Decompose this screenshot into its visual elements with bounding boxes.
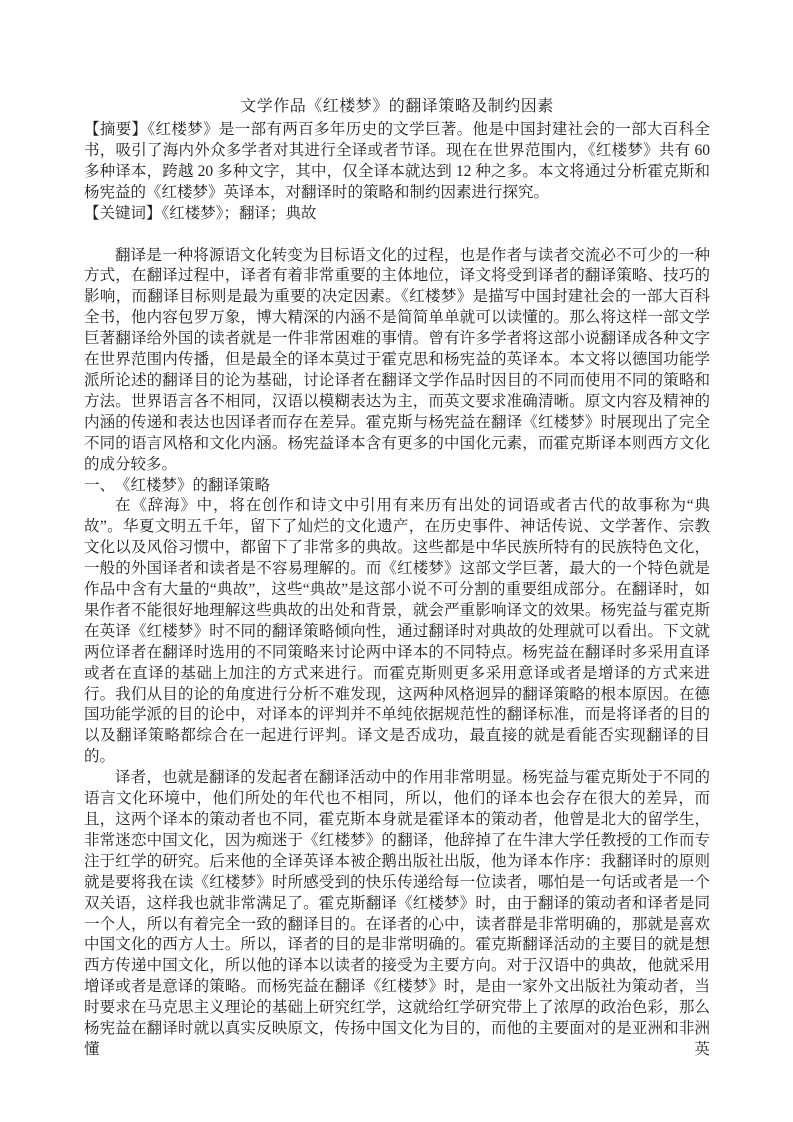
section-1-paragraph-1: 在《辞海》中，将在创作和诗文中引用有来历有出处的词语或者古代的故事称为“典故”。… <box>84 496 710 768</box>
abstract-paragraph: 【摘要】《红楼梦》是一部有两百多年历史的文学巨著。他是中国封建社会的一部大百科全… <box>84 120 710 204</box>
page-title: 文学作品《红楼梦》的翻译策略及制约因素 <box>84 96 710 117</box>
text-block: 文学作品《红楼梦》的翻译策略及制约因素 【摘要】《红楼梦》是一部有两百多年历史的… <box>84 96 710 1061</box>
intro-paragraph: 翻译是一种将源语文化转变为目标语文化的过程，也是作者与读者交流必不可少的一种方式… <box>84 246 710 476</box>
keywords-line: 【关键词】《红楼梦》；翻译；典故 <box>84 204 710 225</box>
section-1-heading: 一、 《红楼梦》的翻译策略 <box>84 476 710 497</box>
document-page: 文学作品《红楼梦》的翻译策略及制约因素 【摘要】《红楼梦》是一部有两百多年历史的… <box>0 0 793 1122</box>
section-1-paragraph-2: 译者，也就是翻译的发起者在翻译活动中的作用非常明显。杨宪益与霍克斯处于不同的语言… <box>84 768 710 1061</box>
